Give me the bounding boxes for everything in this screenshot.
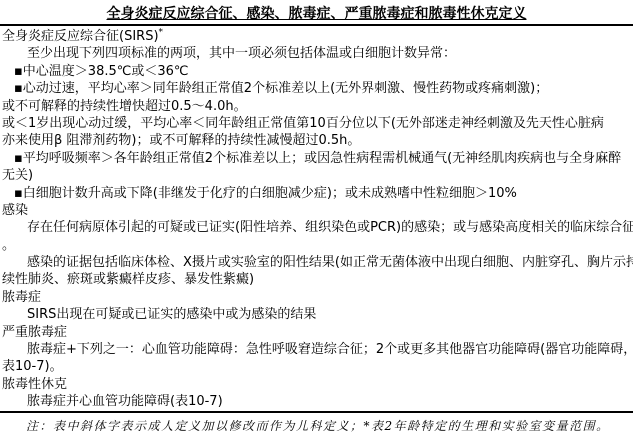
infection-evidence-cont: 续性肺炎、瘀斑或紫癜样皮疹、暴发性紫癜) [0,271,633,288]
criterion-respiratory-rate: ▪平均呼吸频率＞各年龄组正常值2个标准差以上；或因急性病程需机械通气(无神经肌肉… [0,150,633,167]
criterion-bradycardia: 或＜1岁出现心动过缓，平均心率＜同年龄组正常值第10百分位以下(无外部迷走神经刺… [0,115,633,132]
table-body: 全身炎症反应综合征(SIRS)* 至少出现下列四项标准的两项，其中一项必须包括体… [0,26,633,411]
sirs-criteria-intro: 至少出现下列四项标准的两项，其中一项必须包括体温或白细胞计数异常： [0,45,633,62]
section-heading-sirs: 全身炎症反应综合征(SIRS)* [0,28,633,45]
section-heading-infection: 感染 [0,202,633,219]
criterion-tachycardia: ▪心动过速，平均心率＞同年龄组正常值2个标准差以上(无外界刺激、慢性药物或疼痛刺… [0,80,633,97]
table-title: 全身炎症反应综合征、感染、脓毒症、严重脓毒症和脓毒性休克定义 [0,0,633,26]
section-heading-severe-sepsis: 严重脓毒症 [0,324,633,341]
criterion-leukocyte-count: ▪白细胞计数升高或下降(非继发于化疗的白细胞减少症)；或未成熟嗜中性粒细胞＞10… [0,185,633,202]
table-footnote: 注：表中斜体字表示成人定义加以修改而作为儿科定义；*表2年龄特定的生理和实验室变… [0,411,633,434]
septic-shock-definition: 脓毒症并心血管功能障碍(表10-7) [0,393,633,410]
definition-table: 全身炎症反应综合征、感染、脓毒症、严重脓毒症和脓毒性休克定义 全身炎症反应综合征… [0,0,633,434]
table-title-text: 全身炎症反应综合征、感染、脓毒症、严重脓毒症和脓毒性休克定义 [107,6,527,22]
sepsis-definition: SIRS出现在可疑或已证实的感染中或为感染的结果 [0,306,633,323]
section-heading-sirs-text: 全身炎症反应综合征(SIRS) [2,29,159,44]
criterion-respiratory-rate-cont: 无关) [0,167,633,184]
section-heading-septic-shock: 脓毒性休克 [0,376,633,393]
footnote-marker: * [159,28,164,38]
criterion-tachycardia-cont: 或不可解释的持续性增快超过0.5～4.0h。 [0,98,633,115]
severe-sepsis-definition: 脓毒症+下列之一：心血管功能障碍：急性呼吸窘造综合征；2个或更多其他器官功能障碍… [0,341,633,358]
infection-definition-cont: 。 [0,237,633,254]
criterion-core-temperature: ▪中心温度＞38.5℃或＜36℃ [0,63,633,80]
infection-evidence: 感染的证据包括临床体检、X摄片或实验室的阳性结果(如正常无菌体液中出现白细胞、内… [0,254,633,271]
severe-sepsis-definition-cont: 表10-7)。 [0,358,633,375]
infection-definition: 存在任何病原体引起的可疑或已证实(阳性培养、组织染色或PCR)的感染；或与感染高… [0,219,633,236]
section-heading-sepsis: 脓毒症 [0,289,633,306]
criterion-bradycardia-cont: 亦来使用β 阻滞剂药物)；或不可解释的持续性减慢超过0.5h。 [0,132,633,149]
